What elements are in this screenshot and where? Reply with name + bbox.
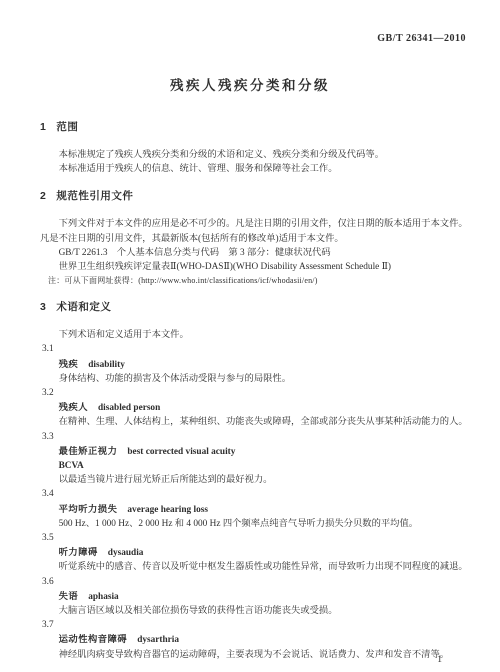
term-name: 运动性构音障碍dysarthria bbox=[40, 632, 472, 647]
section-1-heading: 1范围 bbox=[40, 121, 472, 134]
section-2-number: 2 bbox=[40, 190, 46, 202]
term-name-en: disabled person bbox=[98, 403, 160, 413]
standard-code: GB/T 26341—2010 bbox=[377, 33, 466, 44]
section-3-number: 3 bbox=[40, 301, 46, 313]
term-number: 3.7 bbox=[40, 618, 472, 632]
term-name-zh: 残疾 bbox=[59, 359, 79, 369]
term-number: 3.4 bbox=[40, 487, 472, 501]
normative-refs-paragraph: 下列文件对于本文件的应用是必不可少的。凡是注日期的引用文件，仅注日期的版本适用于… bbox=[40, 217, 472, 245]
term-name: 平均听力损失average hearing loss bbox=[40, 502, 472, 517]
section-1-title: 范围 bbox=[56, 121, 78, 133]
document-body: 1范围 本标准规定了残疾人残疾分类和分级的术语和定义、残疾分类和分级及代码等。 … bbox=[40, 121, 472, 662]
section-3-title: 术语和定义 bbox=[56, 301, 111, 313]
term-name-en: dysaudia bbox=[108, 548, 144, 558]
term-number: 3.3 bbox=[40, 430, 472, 444]
reference-who-das: 世界卫生组织残疾评定量表Ⅱ(WHO-DASⅡ)(WHO Disability A… bbox=[40, 260, 472, 274]
term-name-en: disability bbox=[88, 360, 125, 370]
term-definition: 500 Hz、1 000 Hz、2 000 Hz 和 4 000 Hz 四个频率… bbox=[40, 517, 472, 531]
document-title: 残疾人残疾分类和分级 bbox=[0, 74, 500, 94]
terms-intro: 下列术语和定义适用于本文件。 bbox=[40, 328, 472, 342]
term-name-zh: 失语 bbox=[59, 591, 79, 601]
term-name-zh: 运动性构音障碍 bbox=[59, 634, 128, 644]
term-name: 失语aphasia bbox=[40, 589, 472, 604]
term-definition: 在精神、生理、人体结构上，某种组织、功能丧失或障碍，全部或部分丧失从事某种活动能… bbox=[40, 415, 472, 429]
term-3-4: 3.4 平均听力损失average hearing loss 500 Hz、1 … bbox=[40, 487, 472, 531]
reference-gbt-2261: GB/T 2261.3 个人基本信息分类与代码 第 3 部分：健康状况代码 bbox=[40, 246, 472, 260]
term-name: 残疾人disabled person bbox=[40, 400, 472, 415]
term-3-1: 3.1 残疾disability 身体结构、功能的损害及个体活动受限与参与的局限… bbox=[40, 342, 472, 386]
section-2-heading: 2规范性引用文件 bbox=[40, 190, 472, 203]
reference-note: 注：可从下面网址获得：(http://www.who.int/classific… bbox=[40, 274, 472, 287]
term-name-zh: 听力障碍 bbox=[59, 547, 98, 557]
term-3-5: 3.5 听力障碍dysaudia 听觉系统中的感音、传音以及听觉中枢发生器质性或… bbox=[40, 531, 472, 575]
term-3-2: 3.2 残疾人disabled person 在精神、生理、人体结构上，某种组织… bbox=[40, 386, 472, 430]
scope-paragraph-1: 本标准规定了残疾人残疾分类和分级的术语和定义、残疾分类和分级及代码等。 bbox=[40, 148, 472, 162]
term-name: 听力障碍dysaudia bbox=[40, 545, 472, 560]
term-name-en: best corrected visual acuity bbox=[127, 447, 235, 457]
term-3-7: 3.7 运动性构音障碍dysarthria 神经肌肉病变导致构音器官的运动障碍，… bbox=[40, 618, 472, 662]
page-number: 1 bbox=[437, 655, 442, 665]
document-page: GB/T 26341—2010 残疾人残疾分类和分级 1范围 本标准规定了残疾人… bbox=[0, 0, 500, 672]
term-3-3: 3.3 最佳矫正视力best corrected visual acuity B… bbox=[40, 430, 472, 488]
term-name-zh: 平均听力损失 bbox=[59, 504, 118, 514]
term-definition: 听觉系统中的感音、传音以及听觉中枢发生器质性或功能性异常，而导致听力出现不同程度… bbox=[40, 560, 472, 574]
term-number: 3.2 bbox=[40, 386, 472, 400]
term-definition: 以最适当镜片进行屈光矫正后所能达到的最好视力。 bbox=[40, 473, 472, 487]
term-name-zh: 残疾人 bbox=[59, 402, 88, 412]
section-3-heading: 3术语和定义 bbox=[40, 301, 472, 314]
section-2-title: 规范性引用文件 bbox=[56, 190, 133, 202]
term-name-en: dysarthria bbox=[137, 635, 179, 645]
term-name: 残疾disability bbox=[40, 357, 472, 372]
term-name: 最佳矫正视力best corrected visual acuity bbox=[40, 444, 472, 459]
term-number: 3.1 bbox=[40, 342, 472, 356]
term-name-en: aphasia bbox=[88, 592, 119, 602]
term-definition: 大脑言语区域以及相关部位损伤导致的获得性言语功能丧失或受损。 bbox=[40, 604, 472, 618]
term-definition: 神经肌肉病变导致构音器官的运动障碍，主要表现为不会说话、说话费力、发声和发音不清… bbox=[40, 648, 472, 662]
term-3-6: 3.6 失语aphasia 大脑言语区域以及相关部位损伤导致的获得性言语功能丧失… bbox=[40, 575, 472, 619]
term-definition: 身体结构、功能的损害及个体活动受限与参与的局限性。 bbox=[40, 372, 472, 386]
scope-paragraph-2: 本标准适用于残疾人的信息、统计、管理、服务和保障等社会工作。 bbox=[40, 162, 472, 176]
term-number: 3.6 bbox=[40, 575, 472, 589]
term-name-en: average hearing loss bbox=[127, 505, 208, 515]
section-1-number: 1 bbox=[40, 121, 46, 133]
term-name-zh: 最佳矫正视力 bbox=[59, 446, 118, 456]
term-number: 3.5 bbox=[40, 531, 472, 545]
term-abbreviation: BCVA bbox=[40, 459, 472, 473]
